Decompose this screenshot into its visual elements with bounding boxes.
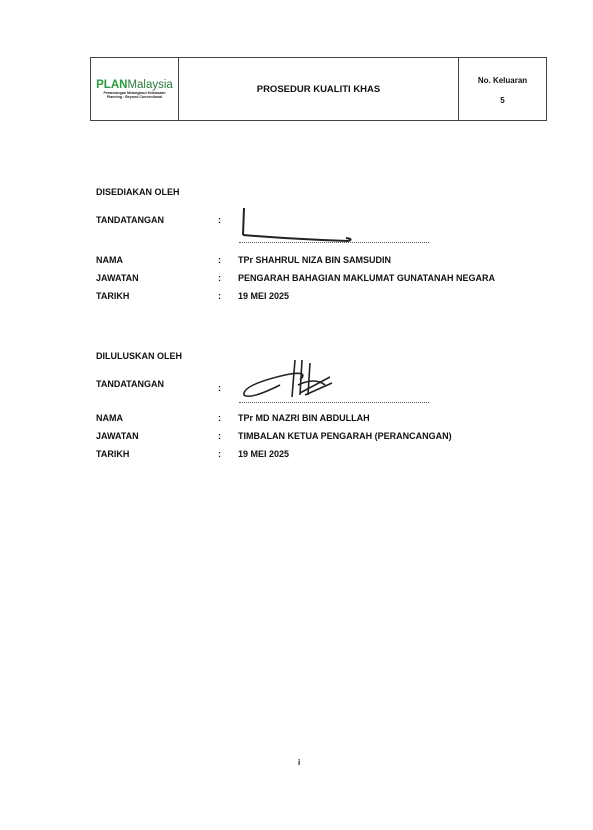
colon: :	[218, 291, 238, 301]
colon: :	[218, 215, 238, 225]
field-value: 19 MEI 2025	[238, 291, 556, 301]
colon: :	[218, 273, 238, 283]
prepared-position-row: JAWATAN:PENGARAH BAHAGIAN MAKLUMAT GUNAT…	[96, 273, 556, 283]
approved-date-row: TARIKH:19 MEI 2025	[96, 449, 556, 459]
approved-heading: DILULUSKAN OLEH	[96, 351, 182, 361]
field-label: JAWATAN	[96, 431, 218, 441]
issue-number-cell: No. Keluaran 5	[459, 58, 546, 120]
field-value: TIMBALAN KETUA PENGARAH (PERANCANGAN)	[238, 431, 556, 441]
logo-brand-rest: Malaysia	[127, 79, 172, 91]
approved-signature	[240, 355, 350, 405]
document-title: PROSEDUR KUALITI KHAS	[179, 58, 459, 120]
colon: :	[218, 413, 238, 423]
colon: :	[218, 431, 238, 441]
field-value: TPr MD NAZRI BIN ABDULLAH	[238, 413, 556, 423]
signature-label: TANDATANGAN	[96, 379, 218, 393]
field-label: NAMA	[96, 255, 218, 265]
field-value: TPr SHAHRUL NIZA BIN SAMSUDIN	[238, 255, 556, 265]
logo-tagline-en: Planning : Beyond Conventional	[107, 95, 162, 100]
colon: :	[218, 255, 238, 265]
prepared-heading: DISEDIAKAN OLEH	[96, 187, 180, 197]
prepared-date-row: TARIKH:19 MEI 2025	[96, 291, 556, 301]
logo-brand-bold: PLAN	[96, 79, 127, 91]
colon: :	[218, 449, 238, 459]
field-label: TARIKH	[96, 291, 218, 301]
field-label: JAWATAN	[96, 273, 218, 283]
field-value: PENGARAH BAHAGIAN MAKLUMAT GUNATANAH NEG…	[238, 273, 556, 283]
approved-name-row: NAMA:TPr MD NAZRI BIN ABDULLAH	[96, 413, 556, 423]
issue-label: No. Keluaran	[478, 76, 527, 85]
colon: :	[218, 379, 238, 393]
prepared-signature	[238, 205, 358, 245]
planmalaysia-logo: PLANMalaysia Perancangan Melangkaui Kebi…	[91, 58, 179, 120]
approved-position-row: JAWATAN:TIMBALAN KETUA PENGARAH (PERANCA…	[96, 431, 556, 441]
issue-value: 5	[500, 96, 504, 105]
signature-label: TANDATANGAN	[96, 215, 218, 225]
prepared-name-row: NAMA:TPr SHAHRUL NIZA BIN SAMSUDIN	[96, 255, 556, 265]
document-header: PLANMalaysia Perancangan Melangkaui Kebi…	[90, 57, 547, 121]
prepared-signature-line	[239, 242, 429, 243]
page-number: i	[298, 758, 300, 767]
field-value: 19 MEI 2025	[238, 449, 556, 459]
field-label: NAMA	[96, 413, 218, 423]
approved-signature-line	[239, 402, 429, 403]
field-label: TARIKH	[96, 449, 218, 459]
